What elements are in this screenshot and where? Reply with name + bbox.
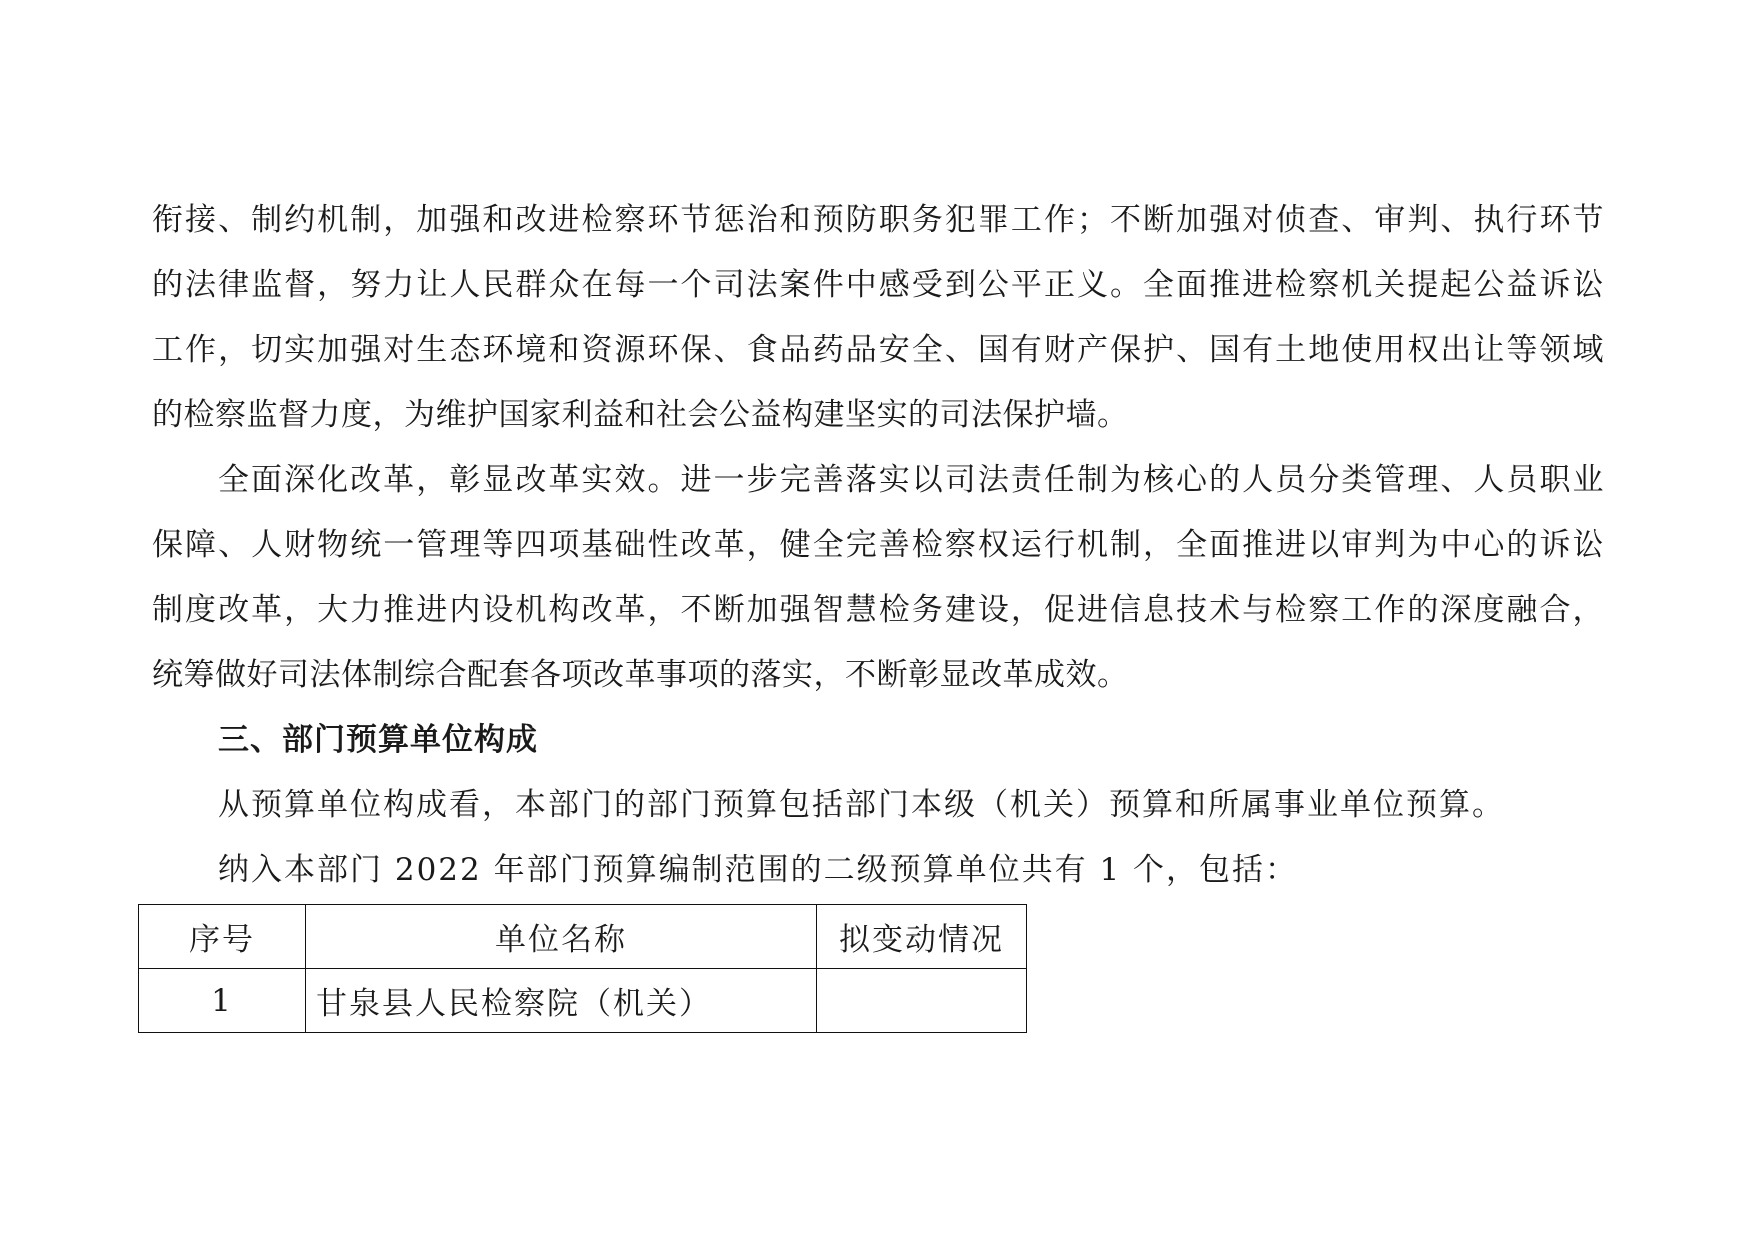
paragraph-1-line-1: 衔接、制约机制，加强和改进检察环节惩治和预防职务犯罪工作；不断加强对侦查、审判、…	[152, 198, 1604, 242]
header-planned-change: 拟变动情况	[817, 905, 1027, 969]
paragraph-2-line-3: 制度改革，大力推进内设机构改革，不断加强智慧检务建设，促进信息技术与检察工作的深…	[152, 588, 1604, 632]
paragraph-2-line-4: 统筹做好司法体制综合配套各项改革事项的落实，不断彰显改革成效。	[152, 653, 1604, 697]
cell-unit-name: 甘泉县人民检察院（机关）	[306, 969, 817, 1033]
paragraph-4: 纳入本部门 2022 年部门预算编制范围的二级预算单位共有 1 个，包括：	[218, 848, 1298, 892]
paragraph-1-line-2: 的法律监督，努力让人民群众在每一个司法案件中感受到公平正义。全面推进检察机关提起…	[152, 263, 1604, 307]
header-serial-number: 序号	[139, 905, 306, 969]
paragraph-2-line-2: 保障、人财物统一管理等四项基础性改革，健全完善检察权运行机制，全面推进以审判为中…	[152, 523, 1604, 567]
table-row: 1 甘泉县人民检察院（机关）	[139, 969, 1027, 1033]
header-unit-name: 单位名称	[306, 905, 817, 969]
paragraph-1-line-4: 的检察监督力度，为维护国家利益和社会公益构建坚实的司法保护墙。	[152, 393, 1604, 437]
cell-planned-change	[817, 969, 1027, 1033]
budget-units-table: 序号 单位名称 拟变动情况 1 甘泉县人民检察院（机关）	[138, 904, 1027, 1033]
paragraph-2-line-1: 全面深化改革，彰显改革实效。进一步完善落实以司法责任制为核心的人员分类管理、人员…	[218, 458, 1604, 502]
paragraph-3: 从预算单位构成看，本部门的部门预算包括部门本级（机关）预算和所属事业单位预算。	[218, 783, 1505, 827]
table-header-row: 序号 单位名称 拟变动情况	[139, 905, 1027, 969]
paragraph-1-line-3: 工作，切实加强对生态环境和资源环保、食品药品安全、国有财产保护、国有土地使用权出…	[152, 328, 1604, 372]
document-page: 衔接、制约机制，加强和改进检察环节惩治和预防职务犯罪工作；不断加强对侦查、审判、…	[0, 0, 1754, 1241]
cell-serial-number: 1	[139, 969, 306, 1033]
section-heading: 三、部门预算单位构成	[218, 718, 538, 762]
